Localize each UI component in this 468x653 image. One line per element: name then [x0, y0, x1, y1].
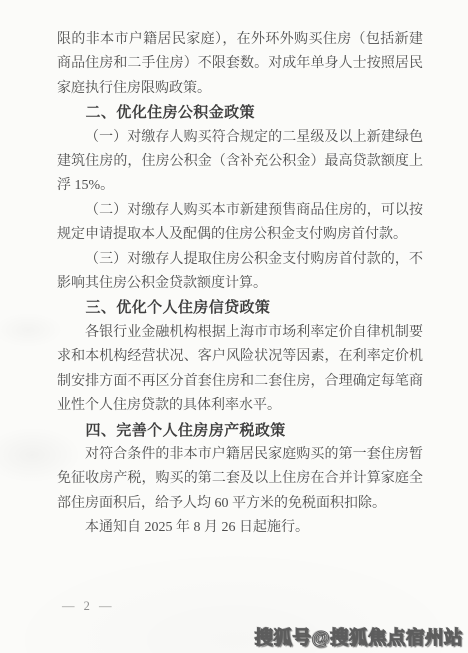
- para-item-3: （三）对缴存人提取住房公积金支付购房首付款的，不影响其住房公积金贷款额度计算。: [57, 248, 423, 297]
- page-number: — 2 —: [62, 599, 115, 614]
- para-item-2: （二）对缴存人购买本市新建预售商品住房的，可以按规定申请提取本人及配偶的住房公积…: [57, 199, 423, 248]
- para-continuation: 限的非本市户籍居民家庭），在外环外购买住房（包括新建商品住房和二手住房）不限套数…: [57, 28, 423, 101]
- watermark-text: 搜狐号@搜狐焦点宿州站: [254, 624, 463, 650]
- heading-section-3: 三、优化个人住房信贷政策: [57, 296, 423, 320]
- para-item-1: （一）对缴存人购买符合规定的二星级及以上新建绿色建筑住房的，住房公积金（含补充公…: [57, 126, 423, 199]
- heading-section-2: 二、优化住房公积金政策: [57, 101, 423, 125]
- document-body: 限的非本市户籍居民家庭），在外环外购买住房（包括新建商品住房和二手住房）不限套数…: [57, 28, 423, 541]
- heading-section-4: 四、完善个人住房房产税政策: [57, 419, 423, 443]
- para-effective-date: 本通知自 2025 年 8 月 26 日起施行。: [57, 516, 423, 540]
- para-property-tax: 对符合条件的非本市户籍居民家庭购买的第一套住房暂免征收房产税，购买的第二套及以上…: [57, 443, 423, 516]
- scanned-document-page: 限的非本市户籍居民家庭），在外环外购买住房（包括新建商品住房和二手住房）不限套数…: [0, 0, 468, 653]
- para-credit-policy: 各银行业金融机构根据上海市市场利率定价自律机制要求和本机构经营状况、客户风险状况…: [57, 321, 423, 419]
